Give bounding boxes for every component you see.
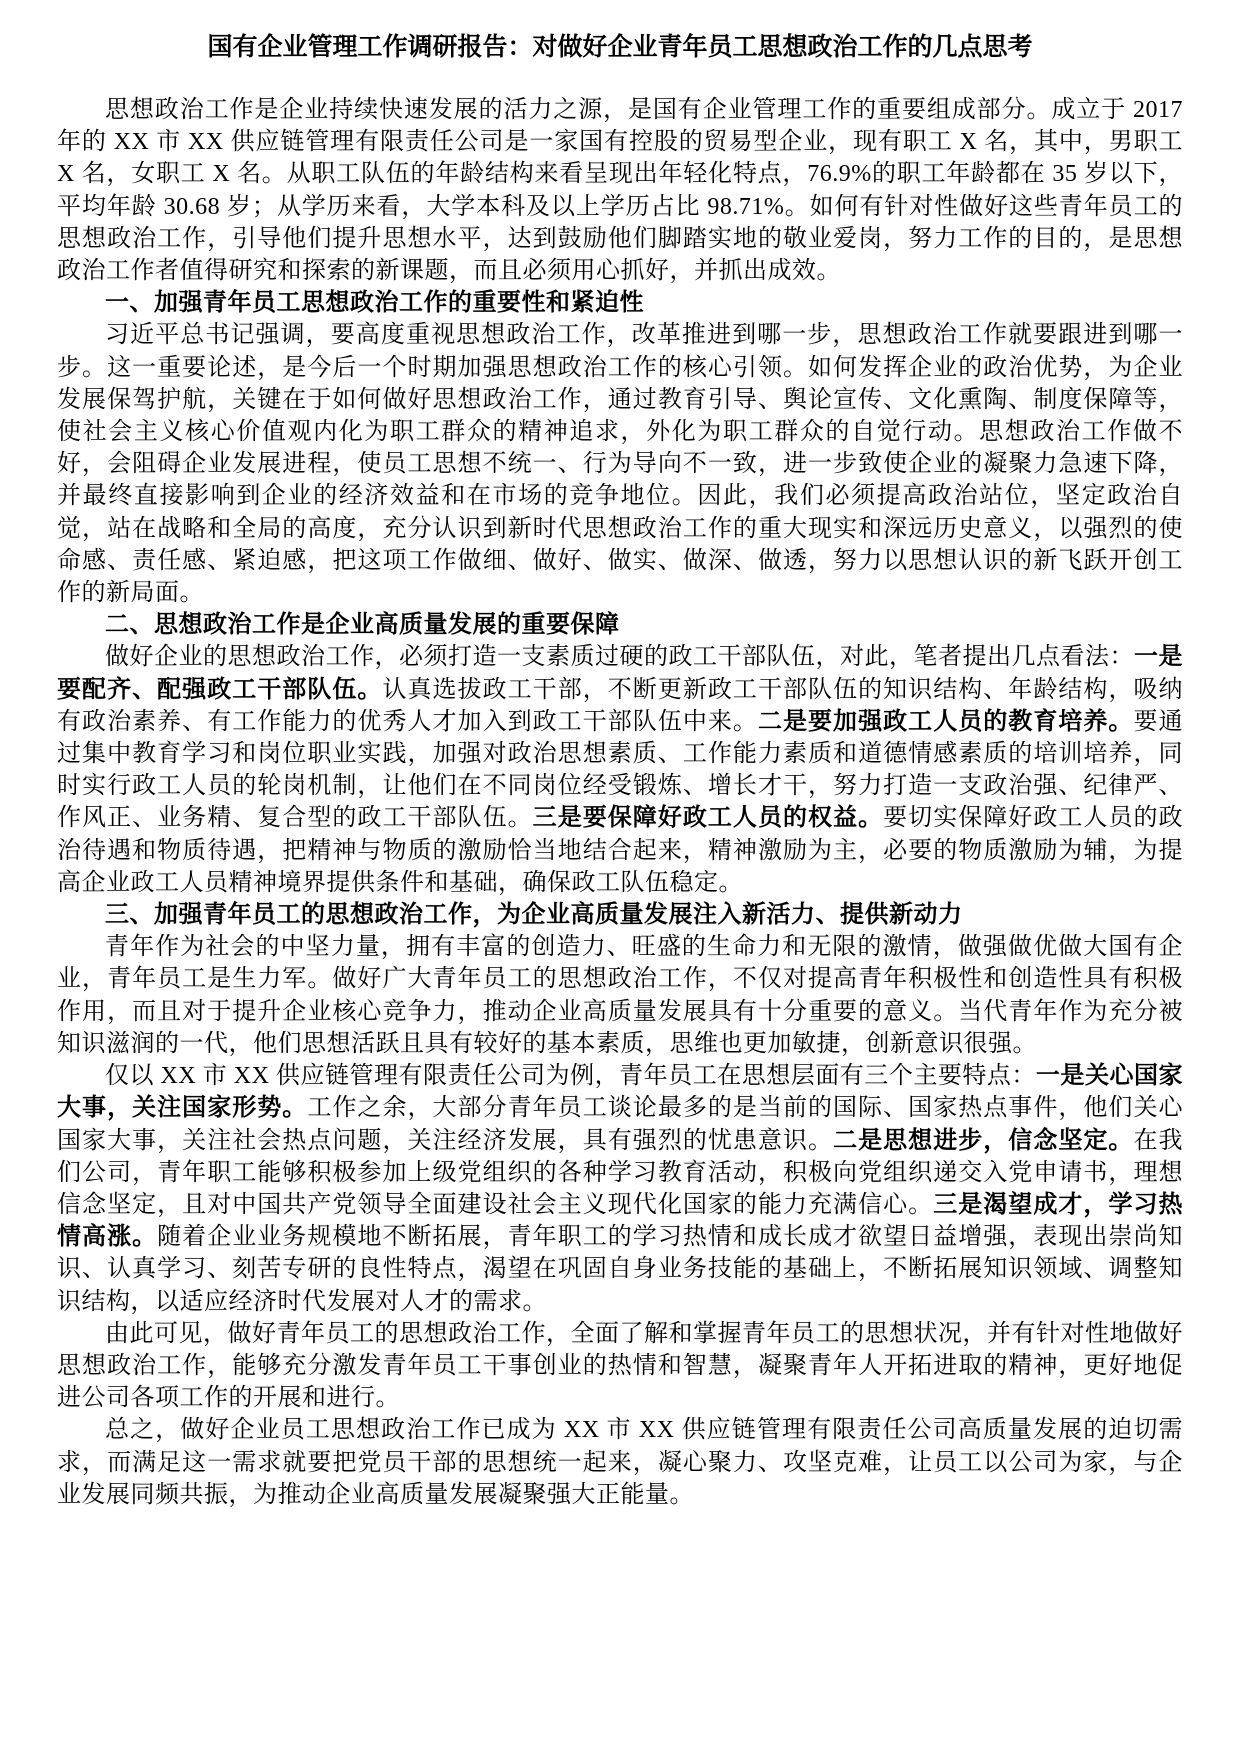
text-run: 做好企业的思想政治工作，必须打造一支素质过硬的政工干部队伍，对此，笔者提出几点看… bbox=[105, 644, 1134, 670]
section-heading: 二、思想政治工作是企业高质量发展的重要保障 bbox=[57, 609, 1183, 641]
document-body: 思想政治工作是企业持续快速发展的活力之源，是国有企业管理工作的重要组成部分。成立… bbox=[57, 94, 1183, 1511]
bold-run: 一、加强青年员工思想政治工作的重要性和紧迫性 bbox=[105, 289, 644, 316]
section-heading: 一、加强青年员工思想政治工作的重要性和紧迫性 bbox=[57, 287, 1183, 319]
body-paragraph: 青年作为社会的中坚力量，拥有丰富的创造力、旺盛的生命力和无限的激情，做强做优做大… bbox=[57, 931, 1183, 1060]
body-paragraph: 总之，做好企业员工思想政治工作已成为 XX 市 XX 供应链管理有限责任公司高质… bbox=[57, 1414, 1183, 1511]
text-run: 思想政治工作是企业持续快速发展的活力之源，是国有企业管理工作的重要组成部分。成立… bbox=[57, 97, 1183, 284]
text-run: 仅以 XX 市 XX 供应链管理有限责任公司为例，青年员工在思想层面有三个主要特… bbox=[105, 1063, 1036, 1089]
body-paragraph: 思想政治工作是企业持续快速发展的活力之源，是国有企业管理工作的重要组成部分。成立… bbox=[57, 94, 1183, 287]
document-page: 国有企业管理工作调研报告：对做好企业青年员工思想政治工作的几点思考 思想政治工作… bbox=[0, 0, 1240, 1754]
text-run: 随着企业业务规模地不断拓展，青年职工的学习热情和成长成才欲望日益增强，表现出崇尚… bbox=[57, 1224, 1183, 1314]
bold-run: 二是要加强政工人员的教育培养。 bbox=[758, 708, 1134, 735]
text-run: 青年作为社会的中坚力量，拥有丰富的创造力、旺盛的生命力和无限的激情，做强做优做大… bbox=[57, 934, 1183, 1057]
text-run: 习近平总书记强调，要高度重视思想政治工作，改革推进到哪一步，思想政治工作就要跟进… bbox=[57, 322, 1183, 606]
text-run: 总之，做好企业员工思想政治工作已成为 XX 市 XX 供应链管理有限责任公司高质… bbox=[57, 1417, 1183, 1507]
body-paragraph: 仅以 XX 市 XX 供应链管理有限责任公司为例，青年员工在思想层面有三个主要特… bbox=[57, 1060, 1183, 1318]
bold-run: 二、思想政治工作是企业高质量发展的重要保障 bbox=[105, 611, 620, 638]
body-paragraph: 做好企业的思想政治工作，必须打造一支素质过硬的政工干部队伍，对此，笔者提出几点看… bbox=[57, 641, 1183, 899]
section-heading: 三、加强青年员工的思想政治工作，为企业高质量发展注入新活力、提供新动力 bbox=[57, 899, 1183, 931]
text-run: 由此可见，做好青年员工的思想政治工作，全面了解和掌握青年员工的思想状况，并有针对… bbox=[57, 1321, 1183, 1411]
body-paragraph: 由此可见，做好青年员工的思想政治工作，全面了解和掌握青年员工的思想状况，并有针对… bbox=[57, 1318, 1183, 1415]
bold-run: 三是要保障好政工人员的权益。 bbox=[533, 804, 883, 831]
bold-run: 三、加强青年员工的思想政治工作，为企业高质量发展注入新活力、提供新动力 bbox=[105, 901, 963, 928]
body-paragraph: 习近平总书记强调，要高度重视思想政治工作，改革推进到哪一步，思想政治工作就要跟进… bbox=[57, 319, 1183, 609]
bold-run: 二是思想进步，信念坚定。 bbox=[833, 1127, 1133, 1154]
document-title: 国有企业管理工作调研报告：对做好企业青年员工思想政治工作的几点思考 bbox=[57, 30, 1183, 64]
